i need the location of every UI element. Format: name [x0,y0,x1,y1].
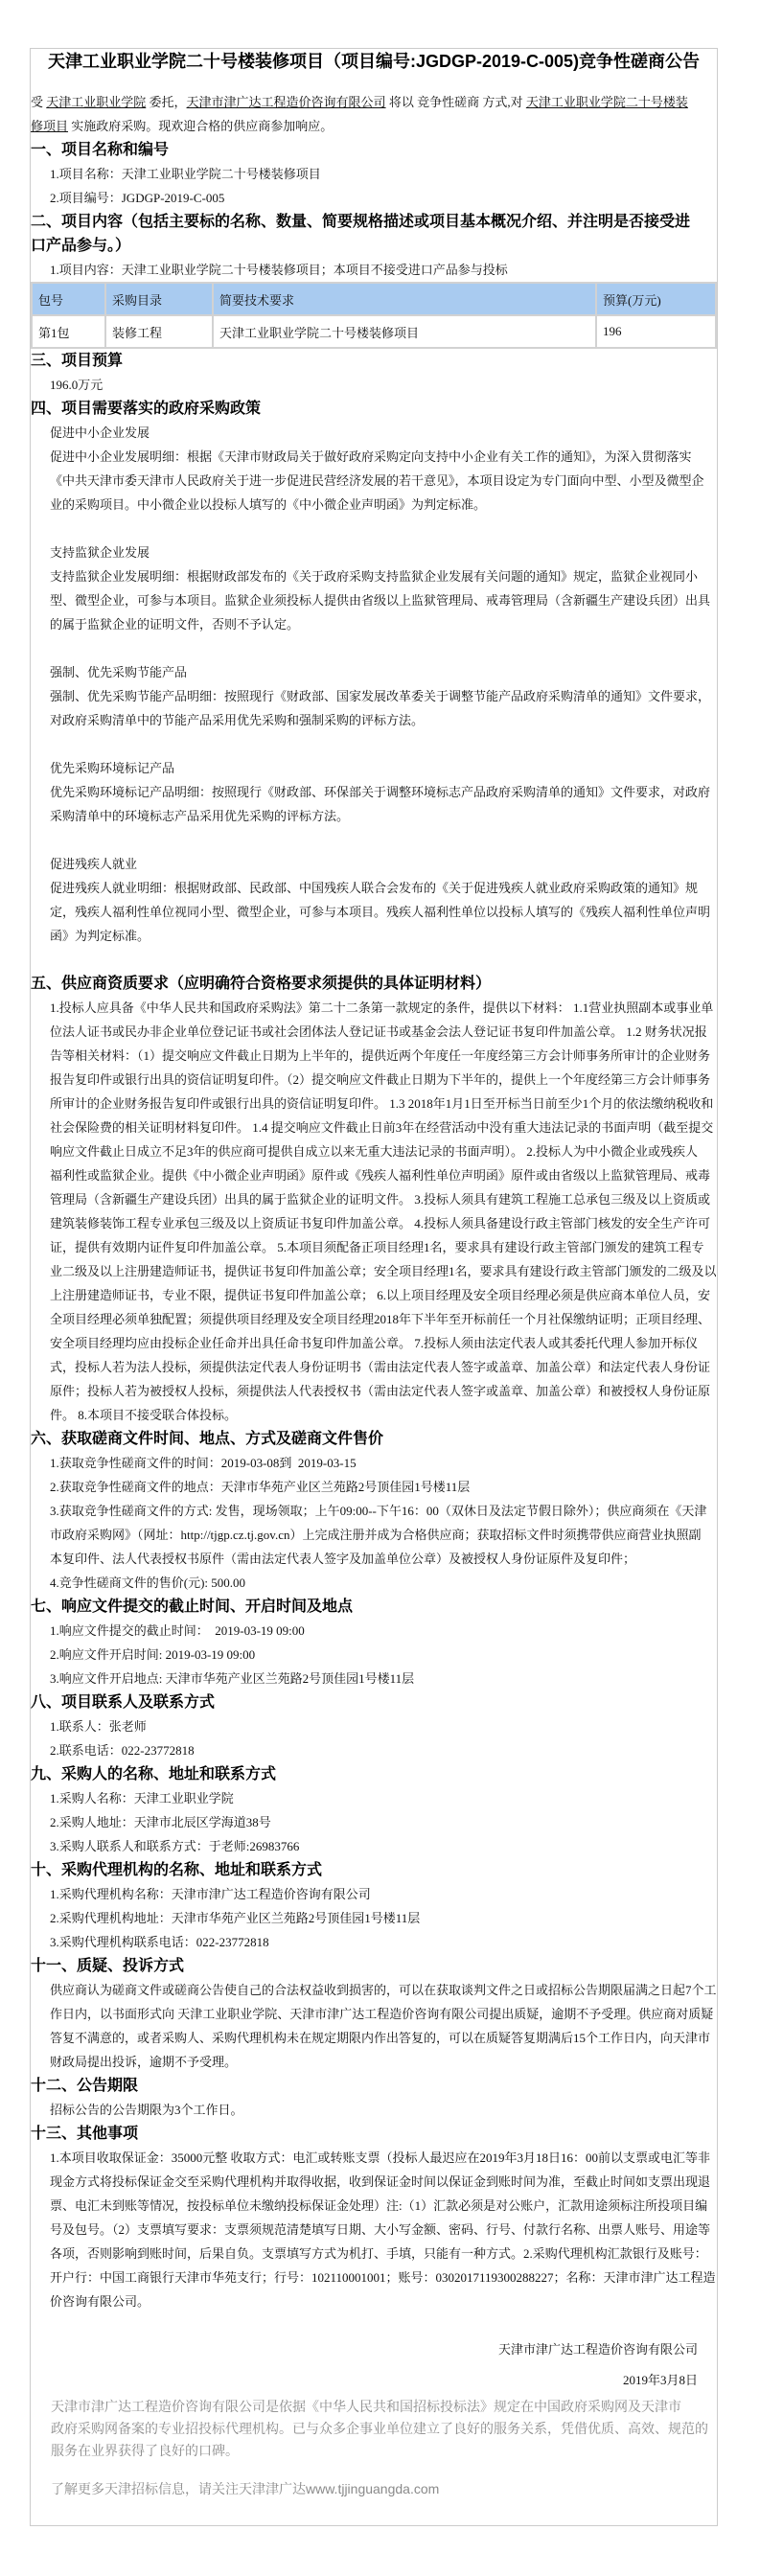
section-body: 1.采购代理机构名称：天津市津广达工程造价咨询有限公司2.采购代理机构地址：天津… [50,1882,717,1954]
section-heading: 七、响应文件提交的截止时间、开启时间及地点 [31,1595,717,1619]
section-procurement-policies: 四、项目需要落实的政府采购政策 促进中小企业发展 促进中小企业发展明细：根据《天… [31,397,717,972]
text-line: 业的采购项目。中小微企业以投标人填写的《中小微企业声明函》为判定标准。 [50,493,717,517]
intro-line: 受 天津工业职业学院 委托，天津市津广达工程造价咨询有限公司 将以 竞争性磋商 … [31,90,717,114]
column-header-package: 包号 [32,283,105,315]
text-line: 社会保险费的相关证明材料复印件。 1.4 提交响应文件截止日前3年在经营活动中没… [50,1115,717,1139]
section-announcement-period: 十二、公告期限 招标公告的公告期限为3个工作日。 [31,2074,717,2122]
text-line: 供应商认为磋商文件或磋商公告使自己的合法权益收到损害的，可以在获取谈判文件之日或… [50,1978,717,2002]
policy-item: 促进残疾人就业 促进残疾人就业明细：根据财政部、民政部、中国残疾人联合会发布的《… [50,852,717,972]
section-submission-deadline: 七、响应文件提交的截止时间、开启时间及地点 1.响应文件提交的截止时间： 201… [31,1595,717,1690]
text-line: 1.响应文件提交的截止时间： 2019-03-19 09:00 [50,1619,717,1643]
text-line: 本复印件、法人代表授权书原件（需由法定代表人签字及加盖单位公章）及被授权人身份证… [50,1547,717,1571]
policy-item: 支持监狱企业发展 支持监狱企业发展明细：根据财政部发布的《关于政府采购支持监狱企… [50,540,717,660]
text-line: 2.获取竞争性磋商文件的地点：天津市华苑产业区兰苑路2号顶佳园1号楼11层 [50,1475,717,1499]
text-line: 2.联系电话：022-23772818 [50,1738,717,1762]
section-purchaser-info: 九、采购人的名称、地址和联系方式 1.采购人名称：天津工业职业学院2.采购人地址… [31,1762,717,1858]
section-body: 1.投标人应具备《中华人民共和国政府采购法》第二十二条第一款规定的条件，提供以下… [50,996,717,1427]
text-line: 作日内，以书面形式向 天津工业职业学院、天津市津广达工程造价咨询有限公司提出质疑… [50,2002,717,2026]
text-line: 号及包号。（2）支票填写要求：支票须规范清楚填写日期、大小写金额、密码、行号、付… [50,2218,717,2242]
section-heading: 十二、公告期限 [31,2074,717,2098]
intro-text: 方式,对 [479,95,526,109]
section-body: 1.项目名称：天津工业职业学院二十号楼装修项目2.项目编号：JGDGP-2019… [50,162,717,210]
section-obtain-documents: 六、获取磋商文件时间、地点、方式及磋商文件售价 1.获取竞争性磋商文件的时间：2… [31,1427,717,1595]
policy-detail: 支持监狱企业发展明细：根据财政部发布的《关于政府采购支持监狱企业发展有关问题的通… [50,564,717,636]
text-line: 式，投标人若为法人投标，须提供法定代表人身份证明书（需由法定代表人签字或盖章、加… [50,1355,717,1379]
section-body: 1.联系人：张老师2.联系电话：022-23772818 [50,1714,717,1762]
section-body: 1.本项目收取保证金：35000元整 收取方式：电汇或转账支票（投标人最迟应在2… [50,2146,717,2313]
text-line: 响应文件截止日成立不足3年的供应商可提供自成立以来无重大违法记录的书面声明）。 … [50,1139,717,1163]
section-heading: 九、采购人的名称、地址和联系方式 [31,1762,717,1786]
text-line: 2.响应文件开启时间: 2019-03-19 09:00 [50,1643,717,1667]
text-line: 强制、优先采购节能产品明细：按照现行《财政部、国家发展改革委关于调整节能产品政府… [50,684,717,708]
policy-item: 优先采购环境标记产品 优先采购环境标记产品明细：按照现行《财政部、环保部关于调整… [50,756,717,852]
policy-item: 促进中小企业发展 促进中小企业发展明细：根据《天津市财政局关于做好政府采购定向支… [50,421,717,540]
announcement-container: 天津工业职业学院二十号楼装修项目（项目编号:JGDGP-2019-C-005)竞… [30,48,718,2526]
text-line: 1.本项目收取保证金：35000元整 收取方式：电汇或转账支票（投标人最迟应在2… [50,2146,717,2170]
section-body: 招标公告的公告期限为3个工作日。 [50,2098,717,2122]
text-line: 1.采购人名称：天津工业职业学院 [50,1786,717,1810]
policy-title: 促进残疾人就业 [50,852,717,876]
section-supplier-qualifications: 五、供应商资质要求（应明确符合资格要求须提供的具体证明材料） 1.投标人应具备《… [31,972,717,1427]
section-heading: 五、供应商资质要求（应明确符合资格要求须提供的具体证明材料） [31,972,717,996]
section-body: 供应商认为磋商文件或磋商公告使自己的合法权益收到损害的，可以在获取谈判文件之日或… [50,1978,717,2074]
section-heading: 十、采购代理机构的名称、地址和联系方式 [31,1858,717,1882]
project-name: 修项目 [31,119,68,133]
procurement-method: 竞争性磋商 [417,95,479,109]
footer-description: 天津市津广达工程造价咨询有限公司是依据《中华人民共和国招标投标法》规定在中国政府… [51,2396,717,2462]
text-line: 采购清单中的环境标志产品采用优先采购的评标方法。 [50,804,717,828]
column-header-requirements: 简要技术要求 [213,283,596,315]
text-line: 3.采购人联系人和联系方式：于老师:26983766 [50,1834,717,1858]
text-line: 4.竞争性磋商文件的售价(元): 500.00 [50,1571,717,1595]
section-project-contact: 八、项目联系人及联系方式 1.联系人：张老师2.联系电话：022-2377281… [31,1690,717,1762]
intro-text: 实施政府采购。现欢迎合格的供应商参加响应。 [68,119,333,133]
text-line: 1.采购代理机构名称：天津市津广达工程造价咨询有限公司 [50,1882,717,1906]
policy-title: 强制、优先采购节能产品 [50,660,717,684]
text-line: 1.投标人应具备《中华人民共和国政府采购法》第二十二条第一款规定的条件，提供以下… [50,996,717,1020]
agency-footer: 天津市津广达工程造价咨询有限公司是依据《中华人民共和国招标投标法》规定在中国政府… [51,2396,717,2500]
section-heading: 二、项目内容（包括主要标的名称、数量、简要规格描述或项目基本概况介绍、并注明是否… [31,210,717,258]
text-line: 支持监狱企业发展明细：根据财政部发布的《关于政府采购支持监狱企业发展有关问题的通… [50,564,717,588]
agency-name: 天津市津广达工程造价咨询有限公司 [187,95,386,109]
table-row: 第1包 装修工程 天津工业职业学院二十号楼装修项目 196 [32,315,716,348]
intro-text: 委托， [146,95,186,109]
text-line: 安全项目经理均应由投标企业任命并出具任命书复印件加盖公章。 7.投标人须由法定代… [50,1331,717,1355]
cell-requirements: 天津工业职业学院二十号楼装修项目 [213,315,596,348]
policy-detail: 促进残疾人就业明细：根据财政部、民政部、中国残疾人联合会发布的《关于促进残疾人就… [50,876,717,948]
text-line: 管理局（含新疆生产建设兵团）出具的属于监狱企业的证明文件。 3.投标人须具有建筑… [50,1187,717,1211]
section-agency-info: 十、采购代理机构的名称、地址和联系方式 1.采购代理机构名称：天津市津广达工程造… [31,1858,717,1954]
text-line: 1.获取竞争性磋商文件的时间：2019-03-08到 2019-03-15 [50,1451,717,1475]
policy-item: 强制、优先采购节能产品 强制、优先采购节能产品明细：按照现行《财政部、国家发展改… [50,660,717,756]
footer-line: 服务在业界获得了良好的口碑。 [51,2440,717,2462]
text-line: 所审计的企业财务报告复印件或银行出具的资信证明复印件。 1.3 2018年1月1… [50,1092,717,1115]
text-line: 2.项目编号：JGDGP-2019-C-005 [50,186,717,210]
text-line: 196.0万元 [50,373,717,397]
blank-line [31,2313,717,2337]
text-line: 件。 8.本项目不接受联合体投标。 [50,1403,717,1427]
section-body: 1.项目内容：天津工业职业学院二十号楼装修项目；本项目不接受进口产品参与投标 [50,258,717,282]
text-line: 优先采购环境标记产品明细：按照现行《财政部、环保部关于调整环境标志产品政府采购清… [50,780,717,804]
text-line: 价咨询有限公司。 [50,2289,717,2313]
text-line: 告等相关材料：（1）提交响应文件截止日期为上半年的，提供近两个年度任一年度经第三… [50,1044,717,1068]
text-line: 3.响应文件开启地点: 天津市华苑产业区兰苑路2号顶佳园1号楼11层 [50,1667,717,1690]
policy-detail: 强制、优先采购节能产品明细：按照现行《财政部、国家发展改革委关于调整节能产品政府… [50,684,717,732]
text-line: 1.项目内容：天津工业职业学院二十号楼装修项目；本项目不接受进口产品参与投标 [50,258,717,282]
text-line: 证，提供有效期内证件复印件加盖公章。 5.本项目须配备正项目经理1名，要求具有建… [50,1235,717,1259]
section-budget: 三、项目预算 196.0万元 [31,349,717,397]
heading-line: 二、项目内容（包括主要标的名称、数量、简要规格描述或项目基本概况介绍、并注明是否… [31,210,717,234]
text-line: 业二级及以上注册建造师证书，提供证书复印件加盖公章；安全项目经理1名，要求具有建… [50,1259,717,1283]
text-line: 全项目经理必须单独配置；须提供项目经理及安全项目经理2018年下半年至开标前任一… [50,1307,717,1331]
text-line: 对政府采购清单中的节能产品采用优先采购和强制采购的评标方法。 [50,708,717,732]
text-line: 1.项目名称：天津工业职业学院二十号楼装修项目 [50,162,717,186]
section-heading: 八、项目联系人及联系方式 [31,1690,717,1714]
purchaser-name: 天津工业职业学院 [46,95,146,109]
text-line: 1.联系人：张老师 [50,1714,717,1738]
column-header-budget: 预算(万元) [596,283,716,315]
text-line: 的属于监狱企业的证明文件，否则不予认定。 [50,612,717,636]
section-heading: 三、项目预算 [31,349,717,373]
text-line: 报告复印件或银行出具的资信证明复印件。（2）提交响应文件截止日期为下半年的，提供… [50,1068,717,1092]
section-heading: 十三、其他事项 [31,2122,717,2146]
policy-title: 促进中小企业发展 [50,421,717,445]
text-line: 型、微型企业，可参与本项目。监狱企业须投标人提供由省级以上监狱管理局、戒毒管理局… [50,588,717,612]
text-line: 上注册建造师证书，专业不限，提供证书复印件加盖公章； 6.以上项目经理及安全项目… [50,1283,717,1307]
section-project-name-number: 一、项目名称和编号 1.项目名称：天津工业职业学院二十号楼装修项目2.项目编号：… [31,138,717,210]
announcement-date: 2019年3月8日 [31,2368,717,2392]
blank-line [50,732,717,756]
section-body: 1.采购人名称：天津工业职业学院2.采购人地址：天津市北辰区学海道38号3.采购… [50,1786,717,1858]
section-complaints: 十一、质疑、投诉方式 供应商认为磋商文件或磋商公告使自己的合法权益收到损害的，可… [31,1954,717,2074]
announcement-title: 天津工业职业学院二十号楼装修项目（项目编号:JGDGP-2019-C-005)竞… [31,49,717,74]
text-line: 《中共天津市委天津市人民政府关于进一步促进民营经济发展的若干意见》，本项目设定为… [50,469,717,493]
text-line: 现金方式将投标保证金交至采购代理机构并取得收据，收到保证金时间以保证金到账时间为… [50,2170,717,2194]
intro-paragraph: 受 天津工业职业学院 委托，天津市津广达工程造价咨询有限公司 将以 竞争性磋商 … [31,90,717,138]
text-line: 位法人证书或民办非企业单位登记证书或社会团体法人登记证书或基金会法人登记证书复印… [50,1020,717,1044]
text-line: 招标公告的公告期限为3个工作日。 [50,2098,717,2122]
text-line: 促进中小企业发展明细：根据《天津市财政局关于做好政府采购定向支持中小企业有关工作… [50,445,717,469]
intro-line: 修项目 实施政府采购。现欢迎合格的供应商参加响应。 [31,114,717,138]
section-heading: 十一、质疑、投诉方式 [31,1954,717,1978]
policy-detail: 促进中小企业发展明细：根据《天津市财政局关于做好政府采购定向支持中小企业有关工作… [50,445,717,517]
text-line: 促进残疾人就业明细：根据财政部、民政部、中国残疾人联合会发布的《关于促进残疾人就… [50,876,717,900]
text-line: 建筑装修装饰工程专业承包三级及以上资质证书复印件加盖公章。 4.投标人须具备建设… [50,1211,717,1235]
table-header-row: 包号 采购目录 简要技术要求 预算(万元) [32,283,716,315]
text-line: 定，残疾人福利性单位视同小型、微型企业，可参与本项目。残疾人福利性单位以投标人填… [50,900,717,924]
section-other-matters: 十三、其他事项 1.本项目收取保证金：35000元整 收取方式：电汇或转账支票（… [31,2122,717,2313]
text-line: 开户行：中国工商银行天津市华苑支行；行号：102110001001；账号：030… [50,2265,717,2289]
policy-title: 支持监狱企业发展 [50,540,717,564]
text-line: 2.采购人地址：天津市北辰区学海道38号 [50,1810,717,1834]
section-heading: 六、获取磋商文件时间、地点、方式及磋商文件售价 [31,1427,717,1451]
cell-package: 第1包 [32,315,105,348]
section-body: 196.0万元 [50,373,717,397]
text-line: 答复不满意的，或者采购人、采购代理机构未在规定期限内作出答复的，可以在质疑答复期… [50,2026,717,2050]
text-line: 福利性或监狱企业。提供《中小微企业声明函》原件或《残疾人福利性单位声明函》原件或… [50,1163,717,1187]
section-heading: 一、项目名称和编号 [31,138,717,162]
project-name: 天津工业职业学院二十号楼装 [526,95,688,109]
policy-list: 促进中小企业发展 促进中小企业发展明细：根据《天津市财政局关于做好政府采购定向支… [50,421,717,972]
intro-text: 受 [31,95,46,109]
section-body: 1.获取竞争性磋商文件的时间：2019-03-08到 2019-03-152.获… [50,1451,717,1595]
footer-more-info: 了解更多天津招标信息，请关注天津津广达www.tjjinguangda.com [51,2478,717,2500]
text-line: 财政局提出投诉，逾期不予受理。 [50,2050,717,2074]
intro-text: 将以 [386,95,418,109]
blank-line [50,517,717,540]
blank-line [50,828,717,852]
policy-title: 优先采购环境标记产品 [50,756,717,780]
blank-line [50,636,717,660]
text-line: 票、电汇未到账等情况，按投标单位未缴纳投标保证金处理）注:（1）汇款必须是对公账… [50,2194,717,2218]
heading-line: 口产品参与。） [31,234,717,258]
text-line: 3.获取竞争性磋商文件的方式: 发售，现场领取；上午09:00--下午16：00… [50,1499,717,1523]
footer-line: 政府采购网备案的专业招投标代理机构。已与众多企事业单位建立了良好的服务关系，凭借… [51,2418,717,2440]
text-line: 市政府采购网》（网址：http://tjgp.cz.tj.gov.cn）上完成注… [50,1523,717,1547]
section-heading: 四、项目需要落实的政府采购政策 [31,397,717,421]
cell-catalog: 装修工程 [105,315,213,348]
policy-detail: 优先采购环境标记产品明细：按照现行《财政部、环保部关于调整环境标志产品政府采购清… [50,780,717,828]
package-table: 包号 采购目录 简要技术要求 预算(万元) 第1包 装修工程 天津工业职业学院二… [31,282,717,349]
blank-line [50,948,717,972]
section-project-content: 二、项目内容（包括主要标的名称、数量、简要规格描述或项目基本概况介绍、并注明是否… [31,210,717,349]
text-line: 各项，否则影响到账时间，后果自负。支票填写方式为机打、手填，只能有一种方式。2.… [50,2242,717,2265]
text-line: 3.采购代理机构联系电话：022-23772818 [50,1930,717,1954]
footer-line: 天津市津广达工程造价咨询有限公司是依据《中华人民共和国招标投标法》规定在中国政府… [51,2396,717,2418]
text-line: 函》为判定标准。 [50,924,717,948]
column-header-catalog: 采购目录 [105,283,213,315]
text-line: 2.采购代理机构地址：天津市华苑产业区兰苑路2号顶佳园1号楼11层 [50,1906,717,1930]
cell-budget: 196 [596,315,716,348]
text-line: 原件；投标人若为被授权人投标，须提供法人代表授权书（需由法定代表人签字或盖章、加… [50,1379,717,1403]
signature: 天津市津广达工程造价咨询有限公司 [31,2337,717,2361]
section-body: 1.响应文件提交的截止时间： 2019-03-19 09:002.响应文件开启时… [50,1619,717,1690]
